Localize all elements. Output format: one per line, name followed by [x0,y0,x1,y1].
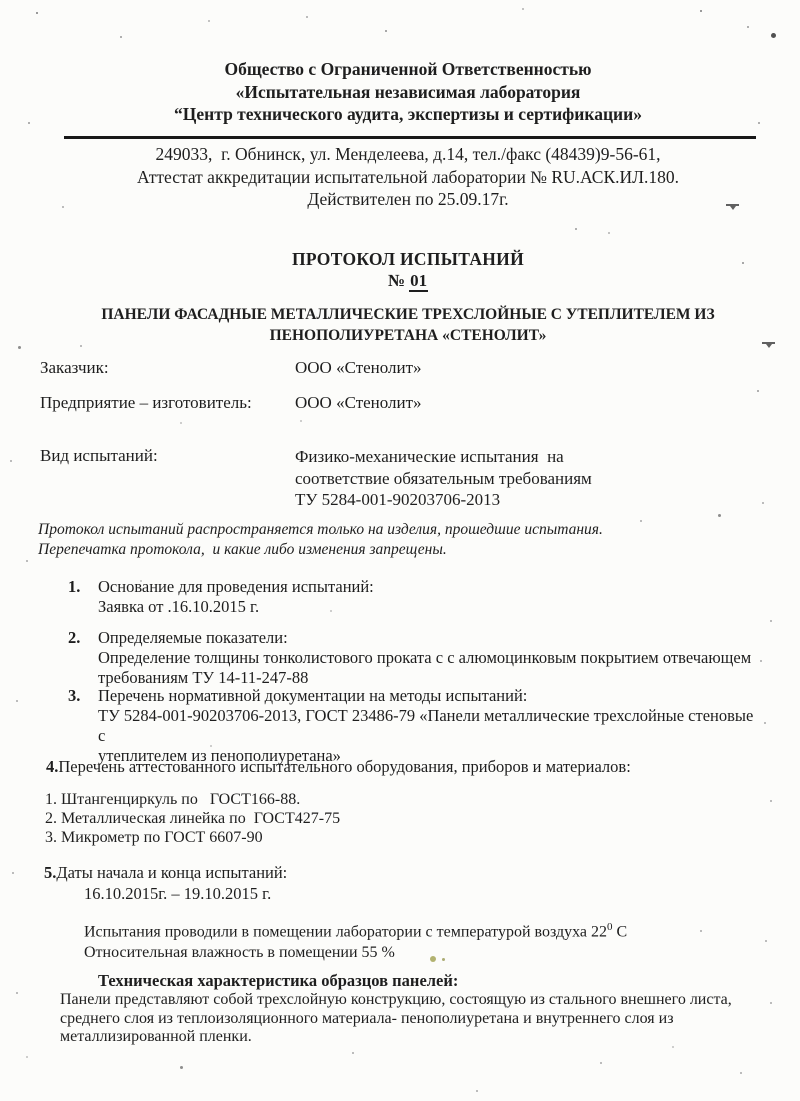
list-item-line: Определение толщины тонколистового прока… [98,648,760,668]
scan-speck [700,930,702,932]
scan-speck [26,560,28,562]
scan-speck [26,1056,28,1058]
scan-artifact-mark [726,204,739,206]
scan-artifact-mark [762,342,775,344]
subject-title-line: ПАНЕЛИ ФАСАДНЫЕ МЕТАЛЛИЧЕСКИЕ ТРЕХСЛОЙНЫ… [16,304,800,325]
disclaimer-line: Протокол испытаний распространяется толь… [38,520,758,540]
address-line: 249033, г. Обнинск, ул. Менделеева, д.14… [16,143,800,166]
list-item-1-text: Основание для проведения испытаний: Заяв… [98,577,760,617]
scan-speck [180,422,182,424]
disclaimer-line: Перепечатка протокола, и какие либо изме… [38,540,758,560]
temperature-unit: С [613,923,628,940]
humidity-line: Относительная влажность в помещении 55 % [84,943,627,964]
test-type-line: соответствие обязательным требованиям [295,468,655,490]
scan-speck [12,872,14,874]
scan-speck [770,620,772,622]
scan-speck [742,262,744,264]
scan-speck [608,232,610,234]
test-type-line: ТУ 5284-001-90203706-2013 [295,489,655,511]
scan-speck [757,390,759,392]
scan-speck [764,722,766,724]
manufacturer-label: Предприятие – изготовитель: [40,393,252,413]
section4-heading-text: Перечень аттестованного испытательного о… [58,757,630,776]
section5-number: 5. [44,863,56,882]
scan-speck [758,122,760,124]
equipment-item: 2. Металлическая линейка по ГОСТ427-75 [45,809,340,828]
org-name-line: “Центр технического аудита, экспертизы и… [16,103,800,126]
manufacturer-value: ООО «Стенолит» [295,393,422,413]
scan-speck [28,122,30,124]
validity-line: Действителен по 25.09.17г. [16,188,800,211]
scan-speck [765,940,767,942]
scan-speck [760,660,762,662]
test-dates: 16.10.2015г. – 19.10.2015 г. [84,884,271,904]
protocol-title: ПРОТОКОЛ ИСПЫТАНИЙ [16,249,800,270]
temperature-text: Испытания проводили в помещении лаборато… [84,923,607,940]
list-item-3-number: 3. [68,686,80,706]
scan-speck [476,1090,478,1092]
scan-speck [208,20,210,22]
scan-speck [62,206,64,208]
section5-heading-text: Даты начала и конца испытаний: [56,863,287,882]
list-item-2-number: 2. [68,628,80,648]
tech-spec-paragraph: Панели представляют собой трехслойную ко… [60,991,770,1047]
tech-spec-line: Панели представляют собой трехслойную ко… [60,991,770,1010]
list-item-1-number: 1. [68,577,80,597]
section4-number: 4. [46,757,58,776]
scan-speck [640,520,642,522]
list-item-line: Заявка от .16.10.2015 г. [98,597,760,617]
protocol-number: № 01 [16,271,800,291]
tech-spec-heading: Техническая характеристика образцов пане… [98,971,458,991]
scan-speck [210,745,212,747]
scan-speck [672,1046,674,1048]
scan-speck [770,800,772,802]
disclaimer-note: Протокол испытаний распространяется толь… [38,520,758,560]
scan-speck [306,16,308,18]
scan-speck [300,420,302,422]
tech-spec-line: металлизированной пленки. [60,1028,770,1047]
contact-block: 249033, г. Обнинск, ул. Менделеева, д.14… [16,143,800,211]
scan-speck [430,956,436,962]
list-item-2-text: Определяемые показатели: Определение тол… [98,628,760,688]
list-item-3-text: Перечень нормативной документации на мет… [98,686,760,766]
customer-label: Заказчик: [40,358,109,378]
test-type-line: Физико-механические испытания на [295,446,655,468]
scan-speck [330,610,332,612]
accreditation-line: Аттестат аккредитации испытательной лабо… [16,166,800,189]
organization-header: Общество с Ограниченной Ответственностью… [16,58,800,126]
list-item-line: ТУ 5284-001-90203706-2013, ГОСТ 23486-79… [98,706,760,746]
scan-speck [180,1066,183,1069]
scan-speck [352,1052,354,1054]
test-type-value: Физико-механические испытания на соответ… [295,446,655,511]
org-name-line: Общество с Ограниченной Ответственностью [16,58,800,81]
equipment-item: 3. Микрометр по ГОСТ 6607-90 [45,828,340,847]
temperature-line: Испытания проводили в помещении лаборато… [84,917,627,943]
subject-title-line: ПЕНОПОЛИУРЕТАНА «СТЕНОЛИТ» [16,325,800,346]
customer-value: ООО «Стенолит» [295,358,422,378]
header-divider-rule [64,136,756,139]
subject-title: ПАНЕЛИ ФАСАДНЫЕ МЕТАЛЛИЧЕСКИЕ ТРЕХСЛОЙНЫ… [16,304,800,346]
org-name-line: «Испытательная независимая лаборатория [16,81,800,104]
scan-speck [36,12,38,14]
list-item-line: Определяемые показатели: [98,628,760,648]
test-conditions: Испытания проводили в помещении лаборато… [84,917,627,963]
section5-heading: 5.Даты начала и конца испытаний: [44,863,287,883]
scan-speck [18,346,21,349]
test-type-label: Вид испытаний: [40,446,158,466]
scan-speck [16,700,18,702]
scan-speck [747,26,749,28]
scan-speck [770,1002,772,1004]
list-item-line: требованиям ТУ 14-11-247-88 [98,668,760,688]
list-item-line: Основание для проведения испытаний: [98,577,760,597]
scan-speck [120,36,122,38]
list-item-line: Перечень нормативной документации на мет… [98,686,760,706]
tech-spec-line: среднего слоя из теплоизоляционного мате… [60,1010,770,1029]
scan-speck [10,460,12,462]
equipment-item: 1. Штангенциркуль по ГОСТ166-88. [45,790,340,809]
scan-speck [700,10,702,12]
scan-speck [575,228,577,230]
scan-speck [16,992,18,994]
scan-speck [522,8,524,10]
scan-speck [762,502,764,504]
scan-speck [718,514,721,517]
protocol-number-prefix: № [388,271,409,290]
equipment-list: 1. Штангенциркуль по ГОСТ166-88. 2. Мета… [45,790,340,847]
scan-speck [442,958,445,961]
scan-speck [140,580,142,582]
scanned-test-protocol-document: Общество с Ограниченной Ответственностью… [0,0,800,1101]
scan-speck [80,345,82,347]
scan-speck [740,1072,742,1074]
section4-heading: 4.Перечень аттестованного испытательного… [46,757,631,777]
protocol-number-value: 01 [409,271,428,292]
scan-speck [385,30,387,32]
scan-speck [600,1062,602,1064]
scan-speck [771,33,776,38]
